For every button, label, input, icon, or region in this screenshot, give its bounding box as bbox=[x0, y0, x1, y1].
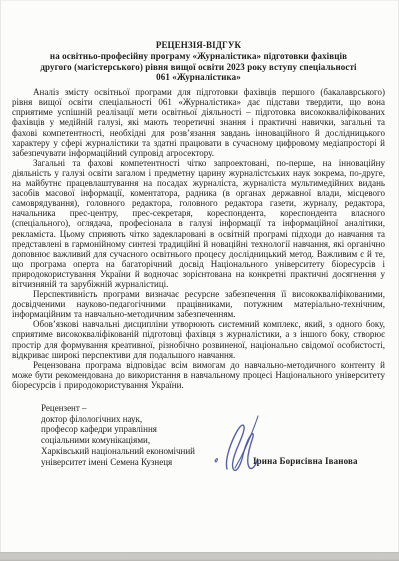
paragraph-competencies: Загальні та фахові компетентності чітко … bbox=[12, 158, 385, 289]
reviewer-block: Рецензент – доктор філологічних наук, пр… bbox=[12, 403, 385, 483]
document-title: РЕЦЕНЗІЯ-ВІДГУК на освітньо-професійну п… bbox=[12, 40, 385, 83]
handwritten-signature-icon bbox=[205, 409, 275, 479]
signer-name: Ірина Борисівна Іванова bbox=[253, 456, 358, 466]
title-line-2: на освітньо-професійну програму «Журналі… bbox=[12, 51, 385, 62]
paragraph-recommendation: Рецензована програма відповідає всім вим… bbox=[12, 360, 385, 390]
page-bottom-edge bbox=[0, 552, 399, 561]
title-line-1: РЕЦЕНЗІЯ-ВІДГУК bbox=[12, 40, 385, 51]
page: РЕЦЕНЗІЯ-ВІДГУК на освітньо-професійну п… bbox=[0, 0, 399, 561]
title-line-4: 061 «Журналістика» bbox=[12, 72, 385, 83]
document-body: РЕЦЕНЗІЯ-ВІДГУК на освітньо-професійну п… bbox=[12, 40, 385, 483]
title-line-3: другого (магістерського) рівня вищої осв… bbox=[12, 62, 385, 73]
paragraph-prospects: Перспективність програми визначає ресурс… bbox=[12, 289, 385, 319]
paragraph-analysis: Аналіз змісту освітньої програми для під… bbox=[12, 87, 385, 158]
paragraph-disciplines: Обов’язкові навчальні дисципліни утворюю… bbox=[12, 319, 385, 359]
